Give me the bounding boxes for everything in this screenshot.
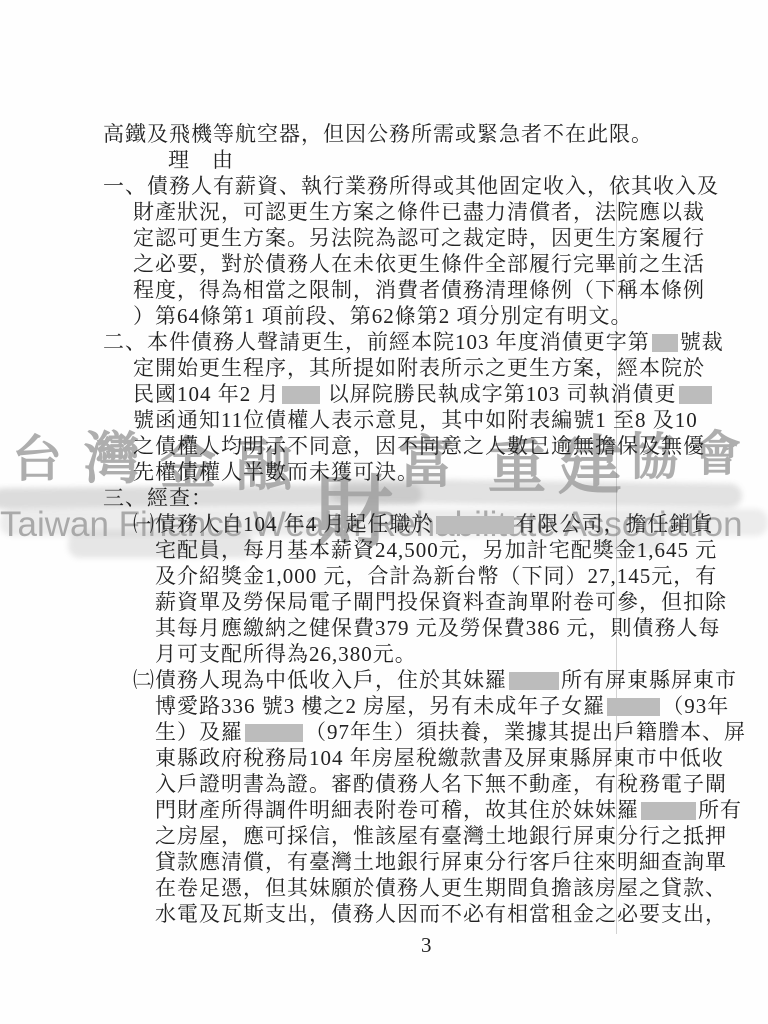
- document-line: 門財產所得調件明細表附卷可稽，故其住於妹妹羅所有: [0, 797, 768, 823]
- document-line: 二、本件債務人聲請更生，前經本院103 年度消債更字第號裁: [0, 329, 768, 355]
- document-line: 薪資單及勞保局電子閘門投保資料查詢單附卷可參，但扣除: [0, 589, 768, 615]
- document-line: 宅配員，每月基本薪資24,500元，另加計宅配獎金1,645 元: [0, 537, 768, 563]
- document-line: ）第64條第1 項前段、第62條第2 項分別定有明文。: [0, 303, 768, 329]
- document-line: 貸款應清償，有臺灣土地銀行屏東分行客戶往來明細查詢單: [0, 849, 768, 875]
- document-lines: 高鐵及飛機等航空器，但因公務所需或緊急者不在此限。理 由一、債務人有薪資、執行業…: [0, 121, 768, 927]
- document-line: 定開始更生程序，其所提如附表所示之更生方案，經本院於: [0, 355, 768, 381]
- document-line: 入戶證明書為證。審酌債務人名下無不動產，有稅務電子閘: [0, 771, 768, 797]
- document-line: 及介紹獎金1,000 元，合計為新台幣（下同）27,145元，有: [0, 563, 768, 589]
- document-line: 一、債務人有薪資、執行業務所得或其他固定收入，依其收入及: [0, 173, 768, 199]
- document-line: 在卷足憑，但其妹願於債務人更生期間負擔該房屋之貸款、: [0, 875, 768, 901]
- document-line: 三、經查：: [0, 485, 768, 511]
- document-line: ㈡債務人現為中低收入戶，住於其妹羅所有屏東縣屏東市: [0, 667, 768, 693]
- document-line: 民國104 年2 月 以屏院勝民執成字第103 司執消債更: [0, 381, 768, 407]
- redaction-box: [652, 334, 678, 352]
- document-line: 水電及瓦斯支出，債務人因而不必有相當租金之必要支出，: [0, 901, 768, 927]
- redaction-box: [282, 386, 320, 404]
- document-line: 月可支配所得為26,380元。: [0, 641, 768, 667]
- document-line: 之必要，對於債務人在未依更生條件全部履行完畢前之生活: [0, 251, 768, 277]
- document-line: 財產狀況，可認更生方案之條件已盡力清償者，法院應以裁: [0, 199, 768, 225]
- redaction-box: [509, 672, 559, 690]
- document-line: 之債權人均明示不同意，因不同意之人數已逾無擔保及無優: [0, 433, 768, 459]
- document-line: 理 由: [0, 147, 768, 173]
- document-line: 先權債權人半數而未獲可決。: [0, 459, 768, 485]
- redaction-box: [641, 802, 696, 820]
- document-line: 高鐵及飛機等航空器，但因公務所需或緊急者不在此限。: [0, 121, 768, 147]
- document-line: 其每月應繳納之健保費379 元及勞保費386 元，則債務人每: [0, 615, 768, 641]
- redaction-box: [245, 724, 303, 742]
- document-line: 程度，得為相當之限制，消費者債務清理條例（下稱本條例: [0, 277, 768, 303]
- document-line: 博愛路336 號3 樓之2 房屋，另有未成年子女羅（93年: [0, 693, 768, 719]
- redaction-box: [436, 516, 514, 534]
- document-line: 東縣政府稅務局104 年房屋稅繳款書及屏東縣屏東市中低收: [0, 745, 768, 771]
- scanned-court-document-page: 台灣金融財富重建協會 Taiwan Finance Wealth Rehabil…: [0, 0, 768, 1024]
- document-line: 定認可更生方案。另法院為認可之裁定時，因更生方案履行: [0, 225, 768, 251]
- redaction-box: [607, 698, 660, 716]
- document-line: ㈠債務人自104 年4 月起任職於有限公司，擔任銷貨: [0, 511, 768, 537]
- redaction-box: [679, 386, 712, 404]
- document-line: 之房屋，應可採信，惟該屋有臺灣土地銀行屏東分行之抵押: [0, 823, 768, 849]
- document-line: 生）及羅（97年生）須扶養，業據其提出戶籍謄本、屏: [0, 719, 768, 745]
- document-line: 號函通知11位債權人表示意見，其中如附表編號1 至8 及10: [0, 407, 768, 433]
